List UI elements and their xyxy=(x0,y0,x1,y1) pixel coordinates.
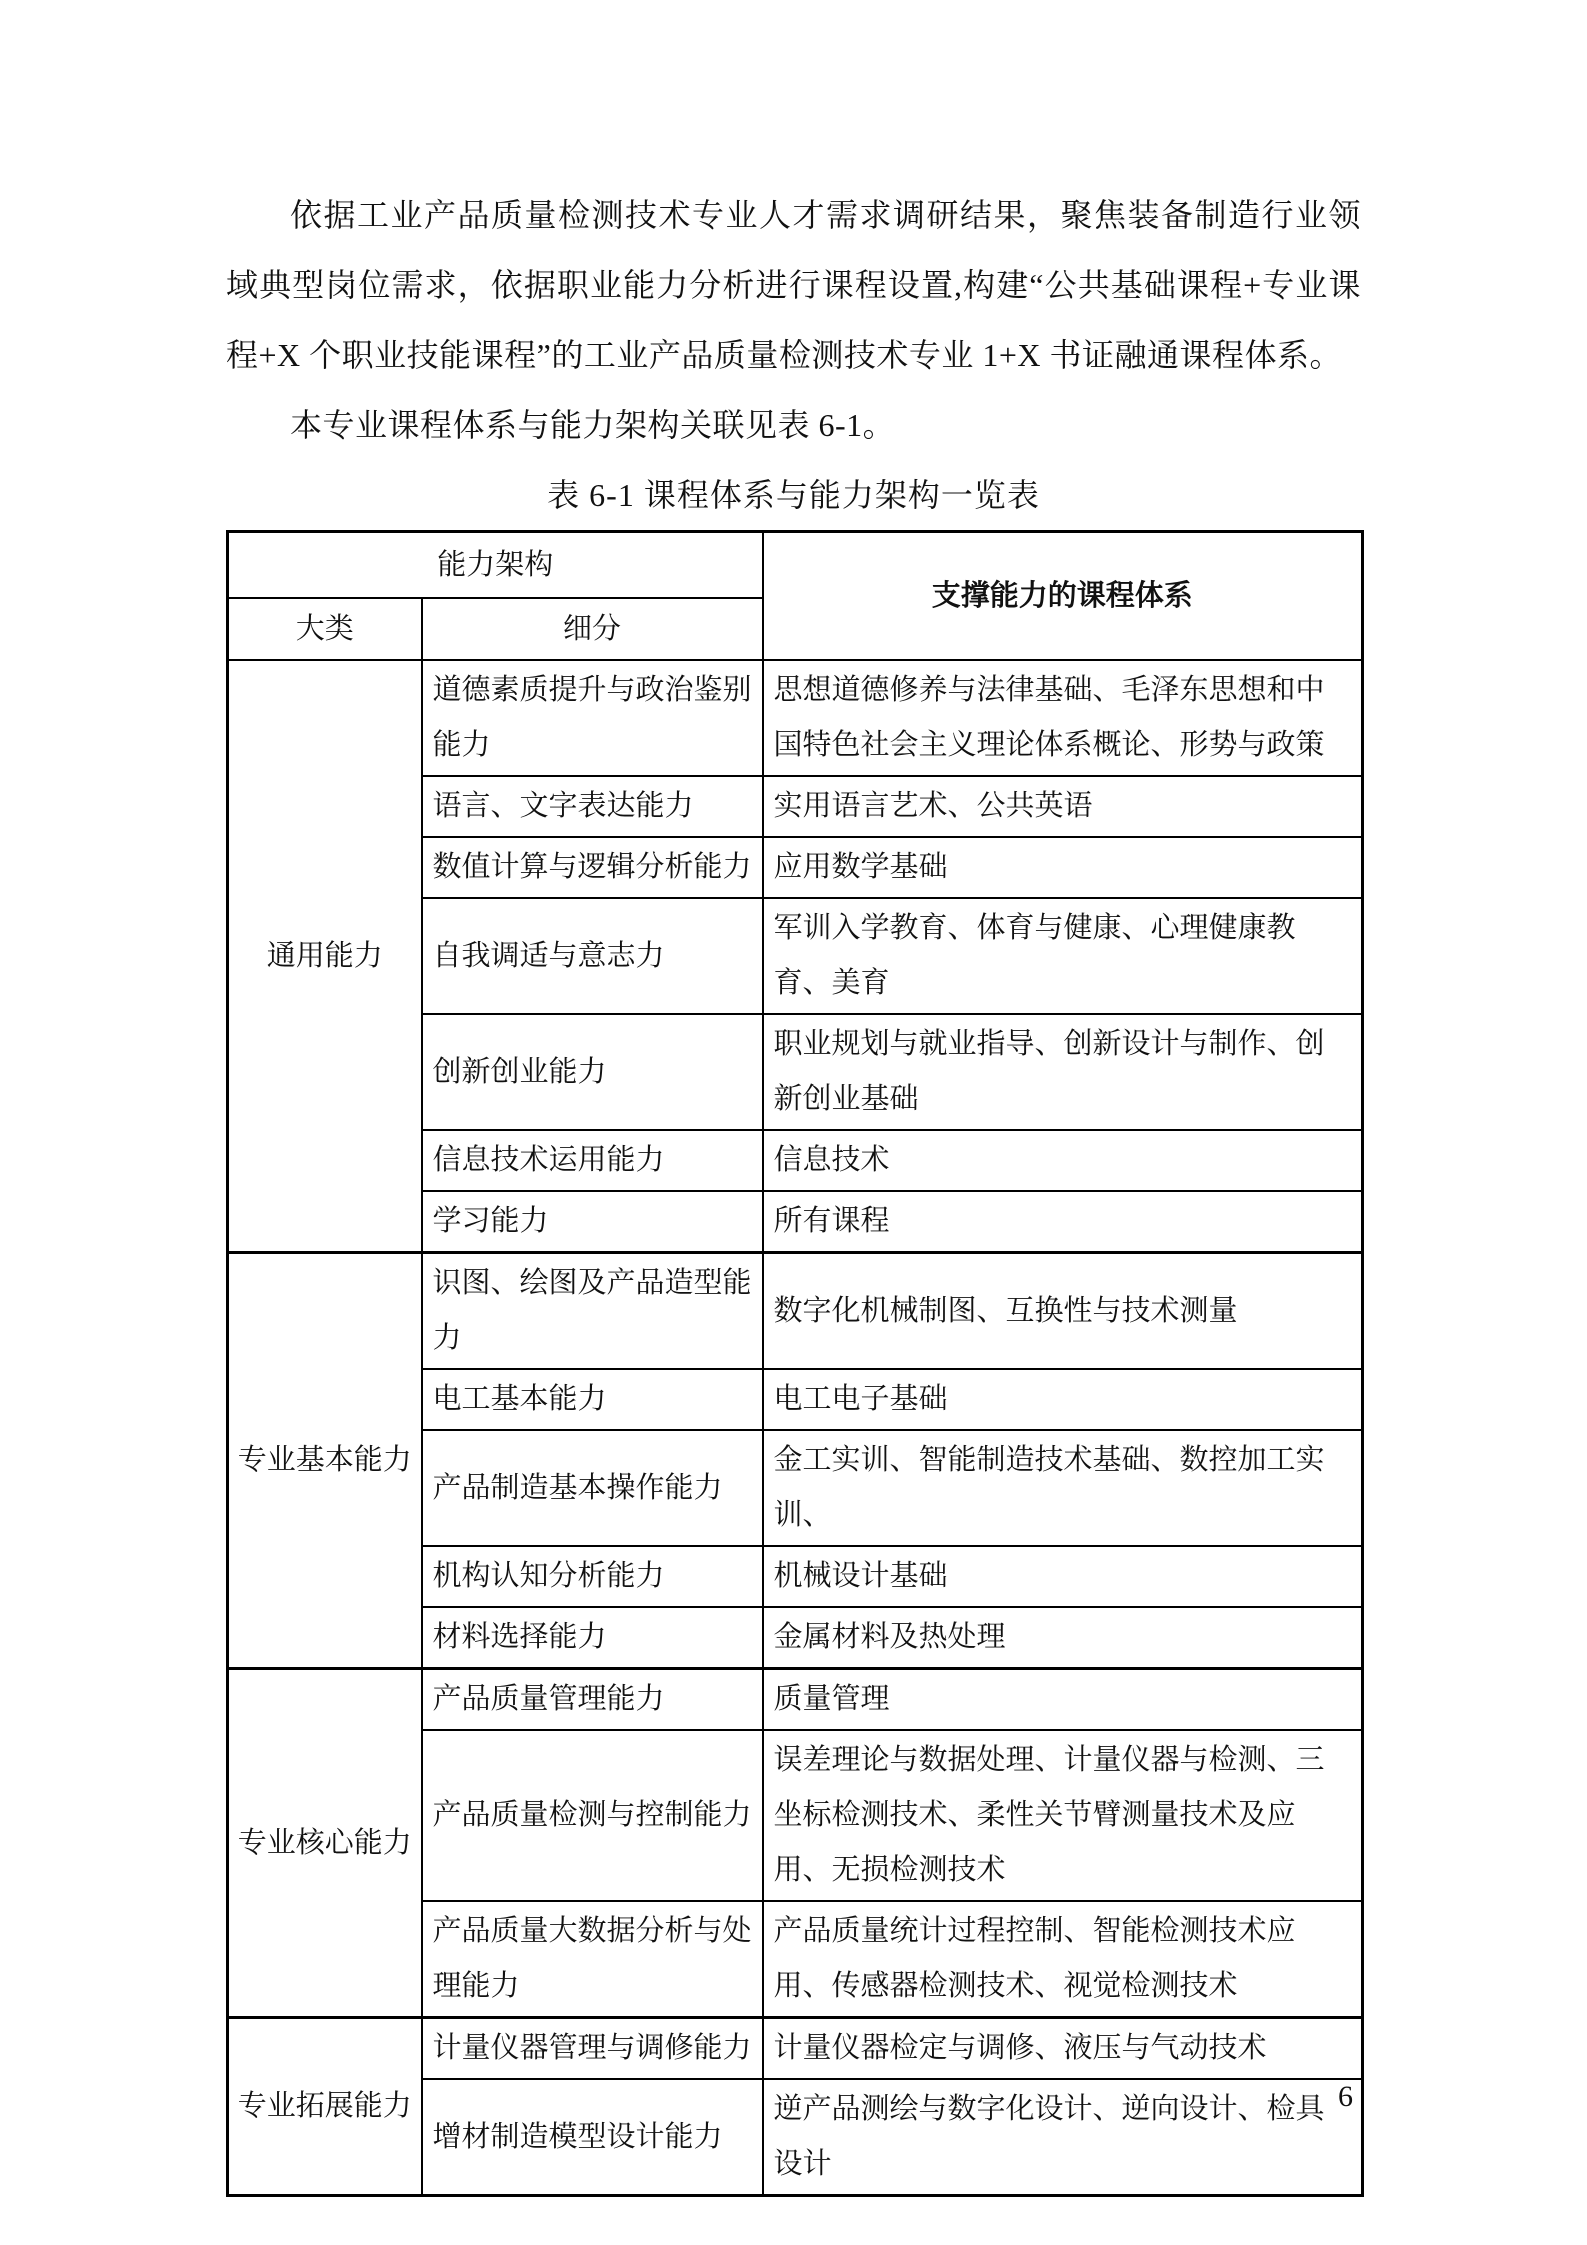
subdivision-cell: 学习能力 xyxy=(422,1191,763,1253)
body-paragraph-1: 依据工业产品质量检测技术专业人才需求调研结果，聚焦装备制造行业领域典型岗位需求，… xyxy=(226,180,1361,390)
category-cell: 专业拓展能力 xyxy=(228,2018,422,2196)
header-ability-framework: 能力架构 xyxy=(228,532,763,599)
courses-cell: 金属材料及热处理 xyxy=(763,1607,1363,1669)
category-cell: 专业基本能力 xyxy=(228,1253,422,1669)
subdivision-cell: 材料选择能力 xyxy=(422,1607,763,1669)
subdivision-cell: 识图、绘图及产品造型能力 xyxy=(422,1253,763,1370)
courses-cell: 逆产品测绘与数字化设计、逆向设计、检具设计 xyxy=(763,2079,1363,2196)
table-row: 专业基本能力识图、绘图及产品造型能力数字化机械制图、互换性与技术测量 xyxy=(228,1253,1363,1370)
page-number: 6 xyxy=(1338,2080,1353,2114)
courses-cell: 电工电子基础 xyxy=(763,1369,1363,1430)
subdivision-cell: 产品质量管理能力 xyxy=(422,1669,763,1731)
subdivision-cell: 自我调适与意志力 xyxy=(422,898,763,1014)
header-category: 大类 xyxy=(228,598,422,660)
subdivision-cell: 产品质量检测与控制能力 xyxy=(422,1730,763,1901)
page-content: 依据工业产品质量检测技术专业人才需求调研结果，聚焦装备制造行业领域典型岗位需求，… xyxy=(226,0,1361,2197)
courses-cell: 实用语言艺术、公共英语 xyxy=(763,776,1363,837)
table-row: 专业拓展能力计量仪器管理与调修能力计量仪器检定与调修、液压与气动技术 xyxy=(228,2018,1363,2080)
courses-cell: 思想道德修养与法律基础、毛泽东思想和中国特色社会主义理论体系概论、形势与政策 xyxy=(763,660,1363,776)
subdivision-cell: 产品质量大数据分析与处理能力 xyxy=(422,1901,763,2018)
table-row: 专业核心能力产品质量管理能力质量管理 xyxy=(228,1669,1363,1731)
subdivision-cell: 信息技术运用能力 xyxy=(422,1130,763,1191)
body-paragraph-2: 本专业课程体系与能力架构关联见表 6-1。 xyxy=(226,390,1361,460)
subdivision-cell: 数值计算与逻辑分析能力 xyxy=(422,837,763,898)
courses-cell: 误差理论与数据处理、计量仪器与检测、三坐标检测技术、柔性关节臂测量技术及应用、无… xyxy=(763,1730,1363,1901)
subdivision-cell: 道德素质提升与政治鉴别能力 xyxy=(422,660,763,776)
courses-cell: 质量管理 xyxy=(763,1669,1363,1731)
subdivision-cell: 语言、文字表达能力 xyxy=(422,776,763,837)
courses-cell: 计量仪器检定与调修、液压与气动技术 xyxy=(763,2018,1363,2080)
subdivision-cell: 增材制造模型设计能力 xyxy=(422,2079,763,2196)
header-row-1: 能力架构 支撑能力的课程体系 xyxy=(228,532,1363,599)
courses-cell: 产品质量统计过程控制、智能检测技术应用、传感器检测技术、视觉检测技术 xyxy=(763,1901,1363,2018)
category-cell: 通用能力 xyxy=(228,660,422,1253)
subdivision-cell: 产品制造基本操作能力 xyxy=(422,1430,763,1546)
courses-cell: 军训入学教育、体育与健康、心理健康教育、美育 xyxy=(763,898,1363,1014)
subdivision-cell: 创新创业能力 xyxy=(422,1014,763,1130)
subdivision-cell: 机构认知分析能力 xyxy=(422,1546,763,1607)
courses-cell: 金工实训、智能制造技术基础、数控加工实训、 xyxy=(763,1430,1363,1546)
course-ability-table: 能力架构 支撑能力的课程体系 大类 细分 通用能力道德素质提升与政治鉴别能力思想… xyxy=(226,530,1364,2197)
courses-cell: 应用数学基础 xyxy=(763,837,1363,898)
courses-cell: 数字化机械制图、互换性与技术测量 xyxy=(763,1253,1363,1370)
table-header: 能力架构 支撑能力的课程体系 大类 细分 xyxy=(228,532,1363,661)
courses-cell: 信息技术 xyxy=(763,1130,1363,1191)
courses-cell: 所有课程 xyxy=(763,1191,1363,1253)
table-caption: 表 6-1 课程体系与能力架构一览表 xyxy=(226,460,1361,530)
courses-cell: 职业规划与就业指导、创新设计与制作、创新创业基础 xyxy=(763,1014,1363,1130)
header-supporting-courses: 支撑能力的课程体系 xyxy=(763,532,1363,661)
courses-cell: 机械设计基础 xyxy=(763,1546,1363,1607)
subdivision-cell: 计量仪器管理与调修能力 xyxy=(422,2018,763,2080)
table-body: 通用能力道德素质提升与政治鉴别能力思想道德修养与法律基础、毛泽东思想和中国特色社… xyxy=(228,660,1363,2196)
subdivision-cell: 电工基本能力 xyxy=(422,1369,763,1430)
document-page: 依据工业产品质量检测技术专业人才需求调研结果，聚焦装备制造行业领域典型岗位需求，… xyxy=(0,0,1587,2245)
category-cell: 专业核心能力 xyxy=(228,1669,422,2018)
header-subdivision: 细分 xyxy=(422,598,763,660)
table-row: 通用能力道德素质提升与政治鉴别能力思想道德修养与法律基础、毛泽东思想和中国特色社… xyxy=(228,660,1363,776)
